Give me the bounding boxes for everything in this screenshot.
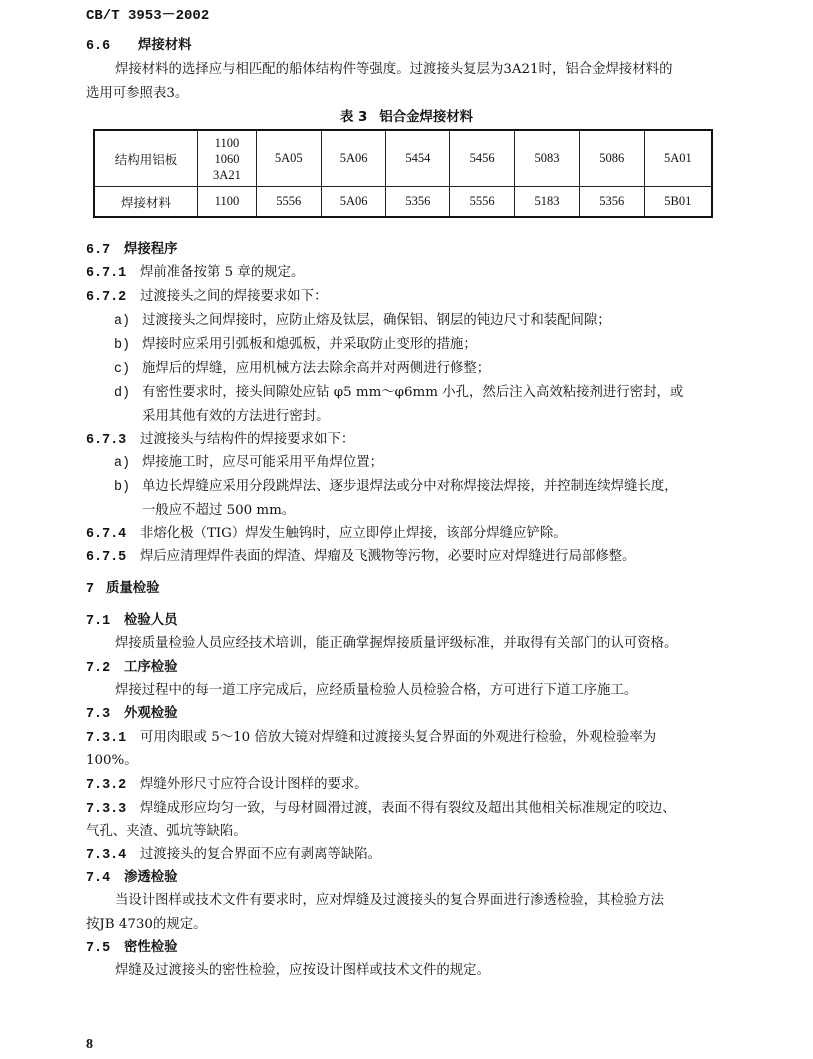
paragraph-line: 选用可参照表3。 <box>86 84 188 104</box>
list-text: 过渡接头之间焊接时，应防止熔及钛层，确保铝、钢层的钝边尺寸和装配间隙； <box>142 313 611 328</box>
section-title: 渗透检验 <box>124 870 178 885</box>
clause-6-7-5: 6.7.5焊后应清理焊件表面的焊渣、焊瘤及飞溅物等污物，必要时应对焊缝进行局部修… <box>86 547 635 568</box>
clause-number: 7.3.3 <box>86 800 140 820</box>
clause-6-7-4: 6.7.4非熔化极（TIG）焊发生触钨时，应立即停止焊接，该部分焊缝应铲除。 <box>86 524 567 545</box>
table-caption-title: 铝合金焊接材料 <box>379 110 473 125</box>
section-number: 7.4 <box>86 869 124 889</box>
clause-7-3-2: 7.3.2焊缝外形尺寸应符合设计图样的要求。 <box>86 775 368 796</box>
clause-number: 7.3.2 <box>86 776 140 796</box>
table-cell: 5B01 <box>644 187 712 218</box>
table-cell: 1100 <box>198 187 257 218</box>
clause-continuation: 气孔、夹渣、弧坑等缺陷。 <box>86 822 247 842</box>
table-cell: 5086 <box>579 130 644 187</box>
cell-line: 1100 <box>198 135 256 151</box>
table-cell: 5356 <box>579 187 644 218</box>
list-text: 焊接时应采用引弧板和熄弧板，并采取防止变形的措施； <box>142 337 477 352</box>
clause-7-3-3: 7.3.3焊缝成形应均匀一致，与母材圆滑过渡，表面不得有裂纹及超出其他相关标准规… <box>86 799 676 820</box>
clause-text: 焊后应清理焊件表面的焊渣、焊瘤及飞溅物等污物，必要时应对焊缝进行局部修整。 <box>140 549 635 564</box>
list-item-continuation: 一般应不超过 500 mm。 <box>142 501 295 521</box>
clause-7-3-4: 7.3.4过渡接头的复合界面不应有剥离等缺陷。 <box>86 845 381 866</box>
table-cell: 5356 <box>386 187 450 218</box>
section-number: 7.1 <box>86 612 124 632</box>
table-cell: 5083 <box>515 130 580 187</box>
clause-number: 7.3.4 <box>86 846 140 866</box>
list-text: 焊接施工时，应尽可能采用平角焊位置； <box>142 455 383 470</box>
chapter-heading-7: 7质量检验 <box>86 579 160 600</box>
clause-text: 焊前准备按第 5 章的规定。 <box>140 265 304 280</box>
clause-number: 6.7.1 <box>86 264 140 284</box>
section-title: 焊接程序 <box>124 242 178 257</box>
section-title: 检验人员 <box>124 613 178 628</box>
clause-number: 6.7.3 <box>86 431 140 451</box>
section-heading-7-3: 7.3外观检验 <box>86 704 178 725</box>
list-text: 单边长焊缝应采用分段跳焊法、逐步退焊法或分中对称焊接法焊接，并控制连续焊缝长度， <box>142 479 678 494</box>
row-label: 结构用铝板 <box>94 130 198 187</box>
table-cell: 5556 <box>450 187 515 218</box>
clause-6-7-3: 6.7.3过渡接头与结构件的焊接要求如下： <box>86 430 354 451</box>
section-heading-7-5: 7.5密性检验 <box>86 938 178 959</box>
paragraph-line: 按JB 4730的规定。 <box>86 915 207 935</box>
row-label: 焊接材料 <box>94 187 198 218</box>
list-marker: a) <box>114 454 142 474</box>
section-title: 密性检验 <box>124 940 178 955</box>
section-number: 6.7 <box>86 241 124 261</box>
clause-text: 焊缝外形尺寸应符合设计图样的要求。 <box>140 777 368 792</box>
section-number: 6.6 <box>86 37 138 57</box>
table-caption-number: 表 3 <box>340 110 367 125</box>
paragraph-line: 焊接过程中的每一道工序完成后，应经质量检验人员检验合格，方可进行下道工序施工。 <box>115 681 637 701</box>
list-marker: a) <box>114 312 142 332</box>
section-title: 工序检验 <box>124 660 178 675</box>
aluminum-welding-materials-table: 结构用铝板 1100 1060 3A21 5A05 5A06 5454 5456… <box>93 129 713 218</box>
section-heading-6-7: 6.7焊接程序 <box>86 240 178 261</box>
section-heading-7-2: 7.2工序检验 <box>86 658 178 679</box>
clause-6-7-1: 6.7.1焊前准备按第 5 章的规定。 <box>86 263 304 284</box>
paragraph-line: 焊接材料的选择应与相匹配的船体结构件等强度。过渡接头复层为3A21时，铝合金焊接… <box>115 60 672 80</box>
list-marker: d) <box>114 384 142 404</box>
cell-line: 1060 <box>198 151 256 167</box>
clause-number: 6.7.5 <box>86 548 140 568</box>
table-row: 焊接材料 1100 5556 5A06 5356 5556 5183 5356 … <box>94 187 712 218</box>
list-item: b)焊接时应采用引弧板和熄弧板，并采取防止变形的措施； <box>114 335 477 356</box>
paragraph-line: 焊接质量检验人员应经技术培训，能正确掌握焊接质量评级标准，并取得有关部门的认可资… <box>115 634 677 654</box>
clause-number: 6.7.4 <box>86 525 140 545</box>
clause-number: 7.3.1 <box>86 729 140 749</box>
table-row: 结构用铝板 1100 1060 3A21 5A05 5A06 5454 5456… <box>94 130 712 187</box>
clause-text: 非熔化极（TIG）焊发生触钨时，应立即停止焊接，该部分焊缝应铲除。 <box>140 526 567 541</box>
table-cell: 5A01 <box>644 130 712 187</box>
list-item-continuation: 采用其他有效的方法进行密封。 <box>142 407 329 427</box>
list-item: b)单边长焊缝应采用分段跳焊法、逐步退焊法或分中对称焊接法焊接，并控制连续焊缝长… <box>114 477 678 498</box>
paragraph-line: 当设计图样或技术文件有要求时，应对焊缝及过渡接头的复合界面进行渗透检验，其检验方… <box>115 891 664 911</box>
clause-text: 过渡接头与结构件的焊接要求如下： <box>140 432 354 447</box>
section-heading-7-1: 7.1检验人员 <box>86 611 178 632</box>
table-cell: 1100 1060 3A21 <box>198 130 257 187</box>
clause-text: 可用肉眼或 5～10 倍放大镜对焊缝和过渡接头复合界面的外观进行检验，外观检验率… <box>140 730 656 745</box>
section-heading-7-4: 7.4渗透检验 <box>86 868 178 889</box>
cell-line: 3A21 <box>198 167 256 183</box>
table-cell: 5A05 <box>256 130 321 187</box>
table-cell: 5556 <box>256 187 321 218</box>
list-marker: c) <box>114 360 142 380</box>
table-cell: 5A06 <box>321 187 386 218</box>
section-number: 7.3 <box>86 705 124 725</box>
list-item: d)有密性要求时，接头间隙处应钻 φ5 mm～φ6mm 小孔，然后注入高效粘接剂… <box>114 383 683 404</box>
clause-7-3-1: 7.3.1可用肉眼或 5～10 倍放大镜对焊缝和过渡接头复合界面的外观进行检验，… <box>86 728 656 749</box>
clause-text: 过渡接头的复合界面不应有剥离等缺陷。 <box>140 847 381 862</box>
clause-continuation: 100%。 <box>86 751 138 771</box>
chapter-number: 7 <box>86 580 106 600</box>
list-item: a)过渡接头之间焊接时，应防止熔及钛层，确保铝、钢层的钝边尺寸和装配间隙； <box>114 311 611 332</box>
section-title: 外观检验 <box>124 706 178 721</box>
section-heading-6-6: 6.6焊接材料 <box>86 36 192 57</box>
document-code: CB/T 3953－2002 <box>86 4 209 24</box>
table-cell: 5454 <box>386 130 450 187</box>
clause-text: 过渡接头之间的焊接要求如下： <box>140 289 327 304</box>
section-title: 焊接材料 <box>138 38 192 53</box>
page-number: 8 <box>86 1037 93 1053</box>
paragraph-line: 焊缝及过渡接头的密性检验，应按设计图样或技术文件的规定。 <box>115 961 490 981</box>
section-number: 7.5 <box>86 939 124 959</box>
table-cell: 5183 <box>515 187 580 218</box>
list-text: 施焊后的焊缝，应用机械方法去除余高并对两侧进行修整； <box>142 361 490 376</box>
clause-number: 6.7.2 <box>86 288 140 308</box>
table-cell: 5A06 <box>321 130 386 187</box>
list-marker: b) <box>114 336 142 356</box>
clause-6-7-2: 6.7.2过渡接头之间的焊接要求如下： <box>86 287 327 308</box>
list-marker: b) <box>114 478 142 498</box>
list-item: c)施焊后的焊缝，应用机械方法去除余高并对两侧进行修整； <box>114 359 490 380</box>
chapter-title: 质量检验 <box>106 581 160 596</box>
section-number: 7.2 <box>86 659 124 679</box>
list-text: 有密性要求时，接头间隙处应钻 φ5 mm～φ6mm 小孔，然后注入高效粘接剂进行… <box>142 385 683 400</box>
table-caption: 表 3铝合金焊接材料 <box>0 106 813 125</box>
table-cell: 5456 <box>450 130 515 187</box>
clause-text: 焊缝成形应均匀一致，与母材圆滑过渡，表面不得有裂纹及超出其他相关标准规定的咬边、 <box>140 801 676 816</box>
list-item: a)焊接施工时，应尽可能采用平角焊位置； <box>114 453 383 474</box>
